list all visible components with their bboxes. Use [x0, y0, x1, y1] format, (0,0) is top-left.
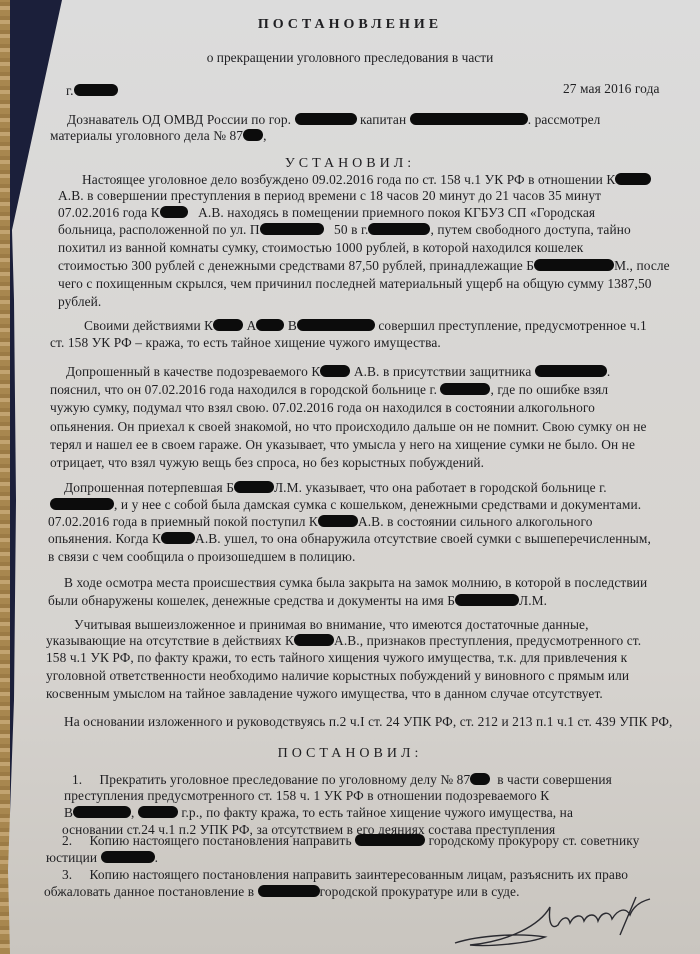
redaction-mark	[355, 834, 425, 846]
redaction-mark	[260, 223, 324, 235]
redaction-mark	[234, 481, 274, 493]
redaction-mark	[161, 532, 195, 544]
redaction-mark	[73, 806, 131, 818]
p4-line: , и у нее с собой была дамская сумка с к…	[50, 497, 641, 513]
p2-line: ст. 158 УК РФ – кража, то есть тайное хи…	[50, 335, 441, 351]
redaction-mark	[534, 259, 614, 271]
document-subtitle: о прекращении уголовного преследования в…	[0, 50, 700, 66]
p3-line: опьянения. Он приехал к своей знакомой, …	[50, 419, 647, 435]
redaction-mark	[256, 319, 284, 331]
redaction-mark	[470, 773, 490, 785]
redaction-mark	[294, 634, 334, 646]
redaction-mark	[535, 365, 607, 377]
redaction-mark	[320, 365, 350, 377]
p3-line: пояснил, что он 07.02.2016 года находилс…	[50, 382, 608, 398]
redaction-mark	[258, 885, 320, 897]
redaction-mark	[243, 129, 263, 141]
resolution-item-2: юстиции .	[46, 850, 158, 866]
resolution-item-3: обжаловать данное постановление в городс…	[44, 884, 520, 900]
p5-line: В ходе осмотра места происшествия сумка …	[64, 575, 647, 591]
intro-line-1: Дознаватель ОД ОМВД России по гор. капит…	[67, 112, 600, 128]
p1-line: стоимостью 300 рублей с денежными средст…	[58, 258, 670, 274]
resolution-item-1: В, г.р., по факту кража, то есть тайное …	[64, 805, 573, 821]
redaction-mark	[455, 594, 519, 606]
intro-line-2: материалы уголовного дела № 87,	[50, 128, 267, 144]
p3-line: чужую сумку, подумал что взял свою. 07.0…	[50, 400, 595, 416]
redaction-mark	[297, 319, 375, 331]
handwritten-signature	[450, 895, 670, 950]
redaction-mark	[295, 113, 357, 125]
p4-line: опьянения. Когда КА.В. ушел, то она обна…	[48, 531, 651, 547]
redaction-mark	[318, 515, 358, 527]
p1-line: чего с похищенным скрылся, чем причинил …	[58, 276, 652, 292]
redaction-mark	[615, 173, 651, 185]
p1-line: рублей.	[58, 294, 101, 310]
p6-line: 158 ч.1 УК РФ, по факту кражи, то есть т…	[46, 650, 627, 666]
resolution-item-2: 2. Копию настоящего постановления направ…	[62, 833, 639, 849]
resolution-item-3: 3. Копию настоящего постановления направ…	[62, 867, 628, 883]
section-resolved: ПОСТАНОВИЛ:	[0, 746, 700, 762]
document-title: ПОСТАНОВЛЕНИЕ	[0, 17, 700, 33]
p3-line: Допрошенный в качестве подозреваемого К …	[66, 364, 610, 380]
p5-line: были обнаружены кошелек, денежные средст…	[48, 593, 547, 609]
redaction-mark	[213, 319, 243, 331]
p6-line: указывающие на отсутствие в действиях КА…	[46, 633, 641, 649]
p1-line: больница, расположенной по ул. П 50 в г.…	[58, 222, 631, 238]
city-line: г.	[66, 83, 118, 99]
redaction-mark	[138, 806, 178, 818]
p1-line: 07.02.2016 года К А.В. находясь в помеще…	[58, 205, 595, 221]
redaction-mark	[74, 84, 118, 96]
p4-line: Допрошенная потерпевшая БЛ.М. указывает,…	[64, 480, 607, 496]
p1-line: Настоящее уголовное дело возбуждено 09.0…	[82, 172, 651, 188]
resolution-item-1: преступления предусмотренного ст. 158 ч.…	[64, 788, 549, 804]
p4-line: в связи с чем сообщила о произошедшем в …	[48, 549, 355, 565]
p6-line: косвенным умыслом на тайное завладение ч…	[46, 686, 603, 702]
resolution-item-1: 1. Прекратить уголовное преследование по…	[72, 772, 612, 788]
section-established: УСТАНОВИЛ:	[0, 156, 700, 172]
redaction-mark	[368, 223, 430, 235]
p2-line: Своими действиями К А В совершил преступ…	[84, 318, 647, 334]
p6-line: уголовной ответственности необходимо нал…	[46, 668, 629, 684]
p4-line: 07.02.2016 года в приемный покой поступи…	[48, 514, 593, 530]
redaction-mark	[101, 851, 155, 863]
document-body: ПОСТАНОВЛЕНИЕ о прекращении уголовного п…	[0, 0, 700, 954]
redaction-mark	[50, 498, 114, 510]
p1-line: А.В. в совершении преступления в период …	[58, 188, 601, 204]
p1-line: похитил из ванной комнаты сумку, стоимос…	[58, 240, 583, 256]
p6-line: Учитывая вышеизложенное и принимая во вн…	[74, 617, 589, 633]
redaction-mark	[410, 113, 528, 125]
p3-line: терял и нашел ее в своем гараже. Он указ…	[50, 437, 635, 453]
redaction-mark	[440, 383, 490, 395]
p7-line: На основании изложенного и руководствуяс…	[64, 714, 672, 730]
p3-line: отрицает, что взял чужую вещь без спроса…	[50, 455, 484, 471]
document-date: 27 мая 2016 года	[563, 81, 660, 97]
redaction-mark	[160, 206, 188, 218]
